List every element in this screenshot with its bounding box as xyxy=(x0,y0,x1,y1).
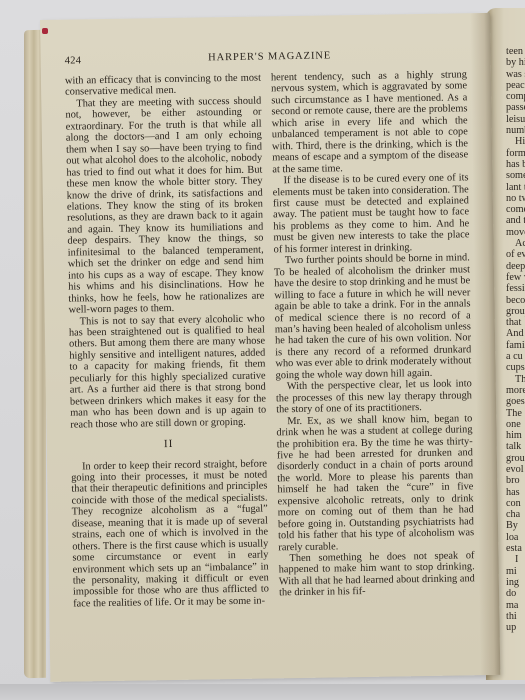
facing-line-fragment: was st xyxy=(506,69,525,80)
running-title: HARPER'S MAGAZINE xyxy=(65,48,475,65)
facing-line-fragment: And xyxy=(506,328,525,339)
facing-line-fragment: grou xyxy=(506,453,525,464)
facing-line-fragment: passed xyxy=(506,102,525,113)
paragraph: herent tendency, such as a highly strung… xyxy=(271,69,469,175)
paragraph: with an efficacy that is convincing to t… xyxy=(65,73,261,99)
paragraph: This is not to say that every alcoholic … xyxy=(69,313,267,431)
paragraph: Then something he does not speak of happ… xyxy=(278,550,475,599)
facing-line-fragment: Acc xyxy=(506,238,525,249)
facing-page-text: teen yeby himwas stpeacecompapassedleisu… xyxy=(506,46,525,633)
facing-line-fragment: The xyxy=(506,408,525,419)
facing-line-fragment: compa xyxy=(506,91,525,102)
facing-line-fragment: peace xyxy=(506,80,525,91)
facing-line-fragment: famil xyxy=(506,340,525,351)
facing-line-fragment: goes xyxy=(506,396,525,407)
facing-line-fragment: con xyxy=(506,498,525,509)
facing-line-fragment: ing xyxy=(506,577,525,588)
facing-line-fragment: up xyxy=(506,622,525,633)
facing-line-fragment: bro xyxy=(506,475,525,486)
paragraph: With the perspective clear, let us look … xyxy=(276,378,473,415)
paragraph: That they are meeting with success shoul… xyxy=(65,95,264,316)
facing-line-fragment: evol xyxy=(506,464,525,475)
facing-line-fragment: do xyxy=(506,588,525,599)
facing-line-fragment: loa xyxy=(506,532,525,543)
facing-line-fragment: cha xyxy=(506,509,525,520)
facing-line-fragment: some p xyxy=(506,170,525,181)
facing-line-fragment: and t xyxy=(506,215,525,226)
facing-line-fragment: Th xyxy=(506,374,525,385)
paragraph: In order to keep their record straight, … xyxy=(71,458,269,610)
facing-line-fragment: lant t xyxy=(506,182,525,193)
facing-line-fragment: has be xyxy=(506,159,525,170)
right-column: herent tendency, such as a highly strung… xyxy=(271,69,475,599)
facing-line-fragment: leisure xyxy=(506,114,525,125)
facing-line-fragment: cups xyxy=(506,362,525,373)
facing-line-fragment: of ev xyxy=(506,249,525,260)
facing-line-fragment: becor xyxy=(506,295,525,306)
facing-line-fragment: teen ye xyxy=(506,46,525,57)
left-column: with an efficacy that is convincing to t… xyxy=(65,73,269,610)
facing-line-fragment: more xyxy=(506,385,525,396)
facing-line-fragment: formic xyxy=(506,148,525,159)
facing-line-fragment: few w xyxy=(506,272,525,283)
facing-line-fragment: group xyxy=(506,306,525,317)
facing-line-fragment: that xyxy=(506,317,525,328)
bottom-surface xyxy=(0,684,525,700)
facing-line-fragment: By xyxy=(506,520,525,531)
magazine-page: 424 HARPER'S MAGAZINE with an efficacy t… xyxy=(40,13,500,682)
spine-accent xyxy=(42,28,48,34)
facing-line-fragment: mi xyxy=(506,566,525,577)
facing-line-fragment: him xyxy=(506,430,525,441)
facing-line-fragment: by him xyxy=(506,57,525,68)
facing-line-fragment: talk xyxy=(506,441,525,452)
facing-line-fragment: a cu xyxy=(506,351,525,362)
facing-line-fragment: one xyxy=(506,419,525,430)
facing-line-fragment: has xyxy=(506,487,525,498)
section-heading: II xyxy=(71,438,267,453)
facing-line-fragment: I xyxy=(506,554,525,565)
facing-line-fragment: His xyxy=(506,136,525,147)
facing-line-fragment: fessio xyxy=(506,283,525,294)
facing-line-fragment: deep xyxy=(506,261,525,272)
facing-line-fragment: esta xyxy=(506,543,525,554)
facing-line-fragment: no tw xyxy=(506,193,525,204)
facing-line-fragment: thi xyxy=(506,611,525,622)
facing-line-fragment: comes xyxy=(506,204,525,215)
paragraph: Two further points should be borne in mi… xyxy=(274,253,472,382)
paragraph: Mr. Ex, as we shall know him, began to d… xyxy=(276,413,474,553)
facing-line-fragment: numbe xyxy=(506,125,525,136)
page-header: 424 HARPER'S MAGAZINE xyxy=(65,49,475,69)
facing-line-fragment: mover xyxy=(506,227,525,238)
paragraph: If the disease is to be cured every one … xyxy=(272,172,469,255)
facing-line-fragment: ma xyxy=(506,600,525,611)
